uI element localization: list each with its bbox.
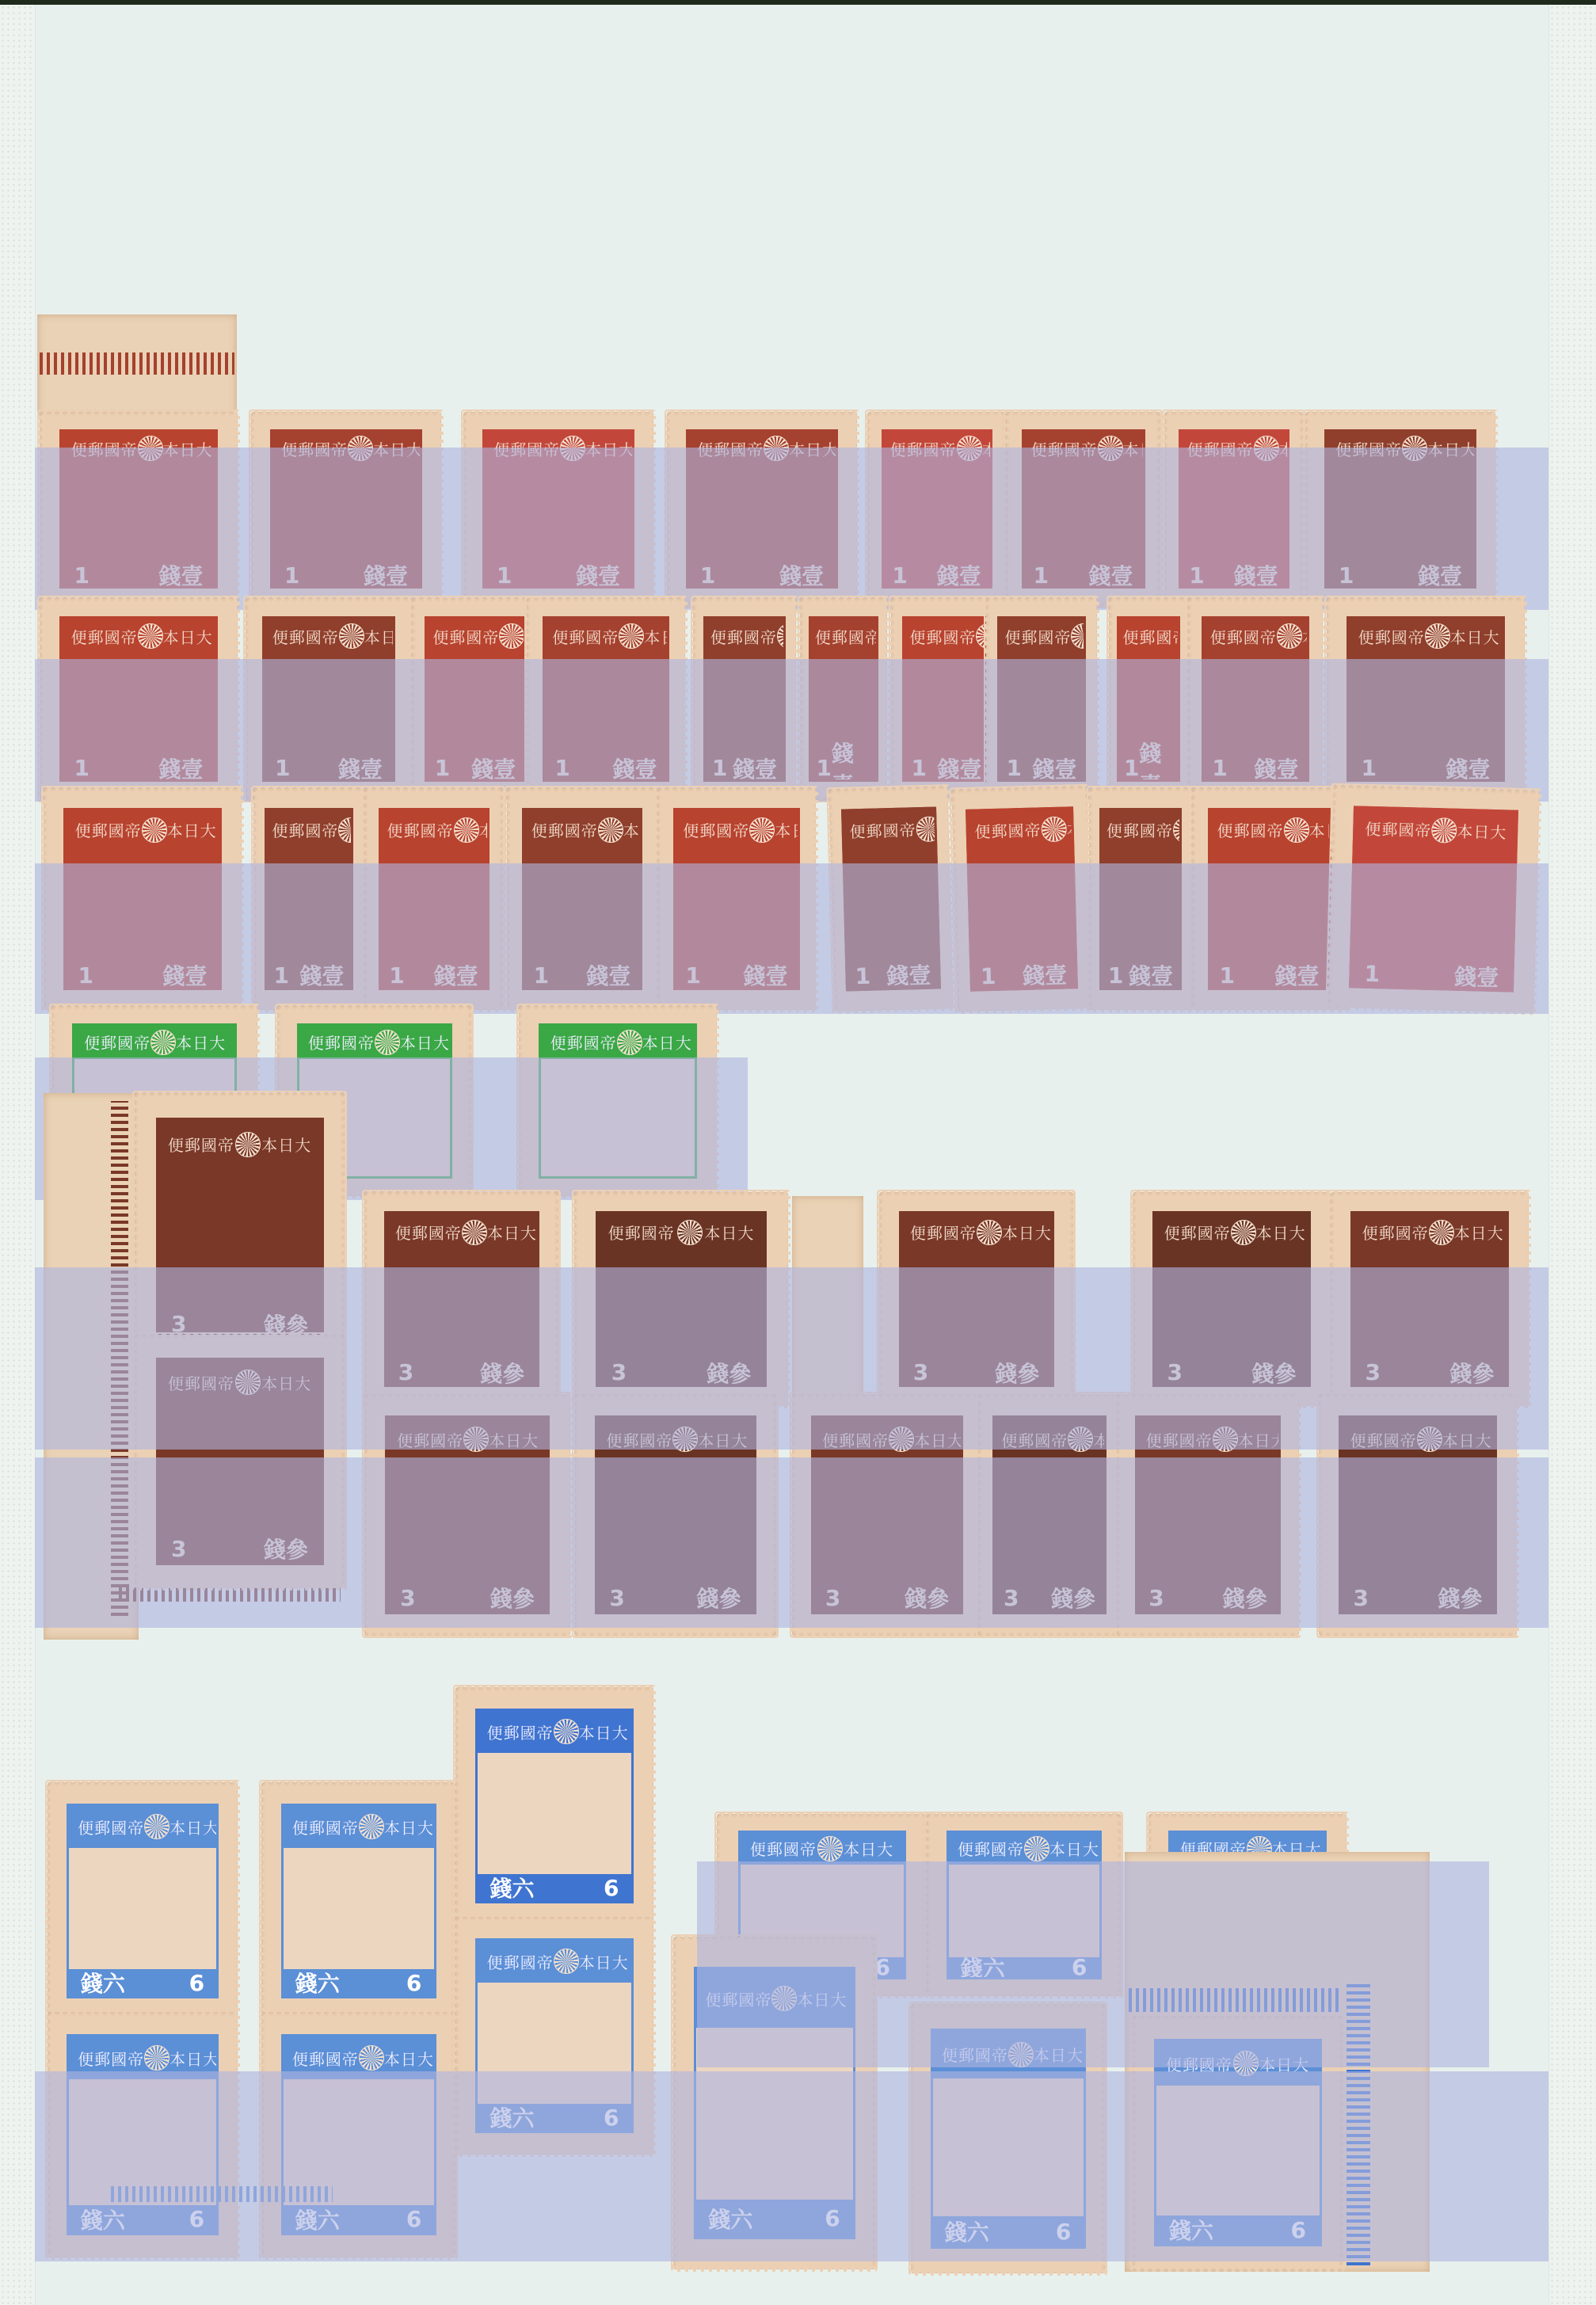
stamp-value: 1錢壹 (1204, 757, 1307, 779)
stamp-1-sen: 便郵國帝本日大1錢壹 (1192, 788, 1347, 1010)
stamp-value-numeral: 錢壹 (1088, 559, 1133, 589)
stamp-value: 3錢參 (813, 1584, 961, 1611)
stamp-header: 便郵國帝本日大 (284, 1806, 434, 1848)
stamp-header-right-text: 便郵國帝 (815, 625, 878, 648)
stamp-value-numeral: 錢壹 (1446, 752, 1490, 782)
stamp-header: 便郵國帝本日大 (387, 1213, 537, 1251)
stamp-header: 便郵國帝本日大 (933, 2031, 1084, 2078)
stamp-header: 便郵國帝本日大 (265, 619, 393, 654)
stamp-design: 便郵國帝本日大1錢壹 (703, 616, 786, 782)
stamp-1-sen: 便郵國帝本日大1錢壹 (40, 412, 238, 606)
stamp-value-kanji: 1 (1034, 562, 1049, 589)
stamp-value: 錢六6 (69, 2205, 216, 2233)
stamp-1-sen: 便郵國帝本日大1錢壹 (364, 788, 503, 1010)
stamp-value: 3錢參 (901, 1361, 1052, 1385)
chrysanthemum-crest-icon (1071, 623, 1086, 649)
stamp-header: 便郵國帝本日大 (545, 619, 667, 654)
stamp-1-sen: 便郵國帝本日大1錢壹 (828, 787, 953, 1012)
stamp-header: 便郵國帝本日大 (158, 1360, 322, 1404)
page-top-edge (0, 0, 1596, 5)
stamp-value: 1錢壹 (265, 757, 393, 779)
stamp-design: 便郵國帝本日大錢六6 (281, 2034, 436, 2235)
stamp-header-left-text: 本日大 (373, 437, 422, 460)
stamp-value-kanji: 3 (398, 1359, 413, 1385)
stamp-design: 便郵國帝本日大錢六6 (475, 1938, 634, 2133)
stamp-value-numeral: 錢參 (995, 1357, 1039, 1387)
stamp-value: 錢六6 (933, 2216, 1084, 2246)
stamp-header-right-text: 便郵國帝 (71, 625, 138, 648)
chrysanthemum-crest-icon (462, 1220, 487, 1245)
chrysanthemum-crest-icon (235, 1132, 261, 1157)
stamp-design: 便郵國帝本日大1錢壹 (1208, 808, 1331, 990)
stamp-header-left-text: 本日大 (914, 1428, 963, 1451)
stamp-value-numeral: 錢壹 (613, 752, 657, 782)
stamp-header: 便郵國帝本日大 (676, 810, 798, 849)
stamp-value-kanji: 1 (892, 562, 907, 589)
stamp-header-left-text: 本日大 (789, 437, 838, 460)
stamp-header: 便郵國帝本日大 (844, 810, 935, 851)
chrysanthemum-crest-icon (977, 1220, 1002, 1245)
stamp-value-numeral: 錢參 (697, 1582, 741, 1613)
stamp-1-sen: 便郵國帝本日大1錢壹 (1327, 598, 1525, 800)
stamp-value-kanji: 1 (1108, 962, 1123, 989)
stamp-header: 便郵國帝本日大 (485, 432, 632, 466)
stamp-design: 便郵國帝本日大1錢壹 (902, 616, 991, 782)
stamp-3-sen: 便郵國帝本日大3錢參 (879, 1192, 1073, 1406)
stamp-header-left-text: 本日大 (1457, 819, 1507, 844)
stamp-value-kanji: 1 (1364, 960, 1380, 986)
chrysanthemum-crest-icon (1233, 2051, 1259, 2076)
chrysanthemum-crest-icon (1024, 1836, 1049, 1861)
stamp-header: 便郵國帝本日大 (1155, 1213, 1308, 1251)
stamp-value: 1錢壹 (1210, 963, 1329, 988)
stamp-design: 便郵國帝本日大1錢壹 (59, 616, 218, 782)
stamp-1-sen: 便郵國帝本日大1錢壹 (40, 598, 238, 800)
stamp-value-kanji: 3 (1167, 1359, 1183, 1385)
stamp-header: 便郵國帝本日大 (284, 2036, 434, 2080)
stamp-header-right-text: 便郵國帝 (1210, 625, 1277, 648)
stamp-header-right-text: 便郵國帝 (1031, 437, 1098, 460)
stamp-header: 便郵國帝本日大 (74, 1026, 234, 1059)
chrysanthemum-crest-icon (619, 623, 644, 649)
stamp-design: 便郵國帝本日大1錢壹 (265, 808, 353, 990)
stamp-value: 1錢壹 (972, 962, 1076, 989)
stamp-value-kanji: 3 (1354, 1585, 1369, 1611)
stamp-value-numeral: 錢參 (1251, 1357, 1296, 1387)
stamp-header-left-text: 本日大 (1309, 818, 1331, 841)
stamp-1-sen: 便郵國帝本日大1錢壹 (693, 598, 796, 800)
stamp-design: 便郵國帝本日大1錢壹 (882, 429, 992, 589)
chrysanthemum-crest-icon (138, 623, 163, 649)
stamp-header: 便郵國帝本日大 (272, 432, 420, 466)
stamp-value-kanji: 1 (1362, 755, 1377, 781)
stamp-value-numeral: 6 (1072, 1954, 1087, 1979)
stamp-value-kanji: 1 (273, 962, 288, 989)
plate-margin-lines (111, 1101, 128, 1616)
stamp-value: 3錢參 (158, 1534, 322, 1563)
stamp-header-left-text: 本日大 (1302, 625, 1309, 648)
stamp-header-right-text: 便郵國帝 (1164, 1221, 1231, 1244)
stamp-header-left-text: 本日大 (384, 2047, 434, 2070)
chrysanthemum-crest-icon (359, 2045, 384, 2071)
stamp-value-kanji: 1 (1006, 755, 1021, 781)
stamp-1-sen: 便郵國帝本日大1錢壹 (800, 598, 887, 800)
stamp-header-right-text: 便郵國帝 (909, 625, 976, 648)
stamp-value-numeral: 錢壹 (1033, 752, 1077, 782)
stamp-header-right-text: 便郵國帝 (1362, 1221, 1429, 1244)
stamp-value-kanji: 1 (1220, 962, 1235, 989)
stamp-value-kanji: 錢六 (490, 1872, 535, 1903)
stamp-design: 便郵國帝本日大1錢壹 (425, 616, 526, 782)
stamp-header-left-text: 本日大 (704, 1221, 754, 1244)
stamp-header-right-text: 便郵國帝 (71, 437, 138, 460)
stamp-design: 便郵國帝本日大3錢參 (992, 1415, 1107, 1613)
stamp-value-numeral: 錢參 (490, 1582, 535, 1613)
stamp-design: 便郵國帝本日大1錢壹 (966, 806, 1078, 991)
stamp-header: 便郵國帝本日大 (598, 1213, 764, 1251)
chrysanthemum-crest-icon (749, 817, 775, 843)
stamp-6-sen: 便郵國帝本日大錢六6 (261, 2012, 455, 2257)
stamp-design: 便郵國帝本日大1錢壹 (673, 808, 800, 990)
chrysanthemum-crest-icon (1098, 436, 1123, 461)
stamp-value-kanji: 3 (1004, 1585, 1019, 1611)
stamp-header: 便郵國帝本日大 (706, 619, 783, 654)
stamp-1-sen: 便郵國帝本日大1錢壹 (986, 598, 1097, 800)
stamp-3-sen: 便郵國帝本日大3錢參 (135, 1335, 345, 1588)
chrysanthemum-crest-icon (1431, 817, 1457, 844)
stamp-value: 1錢壹 (62, 757, 215, 779)
stamp-value-numeral: 錢壹 (338, 752, 383, 782)
stamp-header-right-text: 便郵國帝 (606, 1428, 672, 1451)
chrysanthemum-crest-icon (454, 817, 479, 843)
stamp-value-numeral: 6 (604, 1875, 619, 1901)
stamp-header: 便郵國帝本日大 (688, 432, 836, 466)
stamp-header: 便郵國帝本日大 (267, 810, 351, 849)
stamp-design: 便郵國帝本日大1錢壹 (63, 808, 222, 990)
stamp-header-right-text: 便郵國帝 (608, 1221, 675, 1244)
stamp-value-kanji: 錢六 (295, 1967, 340, 1998)
stamp-value: 1錢壹 (676, 963, 798, 988)
stamp-value: 錢六6 (949, 1957, 1099, 1978)
stamp-value-numeral: 錢參 (1449, 1357, 1494, 1387)
stamp-header-right-text: 便郵國帝 (432, 625, 499, 648)
stamp-value-numeral: 錢壹 (471, 752, 516, 782)
stamp-header-right-text: 便郵國帝 (281, 437, 348, 460)
stamp-1-sen: 便郵國帝本日大1錢壹 (667, 412, 857, 606)
stamp-6-sen: 便郵國帝本日大錢六6 (48, 2012, 238, 2257)
stamp-value-numeral: 錢壹 (832, 737, 870, 782)
stamp-value-kanji: 1 (685, 962, 700, 989)
stamp-3-sen: 便郵國帝本日大3錢參 (978, 1394, 1121, 1636)
stamp-value-numeral: 錢壹 (162, 959, 207, 990)
stamp-header: 便郵國帝本日大 (813, 1418, 961, 1461)
stamp-header-right-text: 便郵國帝 (697, 437, 764, 460)
stamp-value-kanji: 3 (400, 1585, 415, 1611)
stamp-6-sen: 便郵國帝本日大錢六6 (1133, 2016, 1343, 2269)
stamp-3-sen: 便郵國帝本日大3錢參 (1319, 1394, 1517, 1636)
stamp-header-left-text: 本日大 (775, 818, 800, 841)
stamp-header: 便郵國帝本日大 (995, 1418, 1104, 1461)
stamp-1-sen: 便郵國帝本日大1錢壹 (527, 598, 685, 800)
stamp-header: 便郵國帝本日大 (158, 1120, 322, 1168)
stamp-value: 1錢壹 (1351, 961, 1512, 990)
stamp-header-right-text: 便郵國帝 (710, 625, 777, 648)
stamp-value: 錢六6 (478, 1874, 631, 1901)
plate-margin-lines (1347, 1980, 1370, 2265)
stamp-value-numeral: 錢壹 (158, 559, 203, 589)
stamp-header-right-text: 便郵國帝 (75, 818, 142, 841)
stamp-design: 便郵國帝本日大1錢壹 (841, 807, 941, 992)
stamp-value-kanji: 3 (825, 1585, 840, 1611)
stamp-header-left-text: 本日大 (698, 1428, 748, 1451)
chrysanthemum-crest-icon (348, 436, 373, 461)
plate-margin-lines (1129, 1988, 1343, 2012)
stamp-value-kanji: 3 (171, 1536, 186, 1562)
stamp-design: 便郵國帝本日大3錢參 (899, 1211, 1054, 1386)
stamp-design: 便郵國帝本日大3錢參 (1152, 1211, 1311, 1386)
stamp-value-numeral: 錢壹 (744, 959, 788, 990)
stamp-value-numeral: 錢壹 (937, 559, 981, 589)
stamp-design: 便郵國帝本日大1錢壹 (262, 616, 395, 782)
stamp-value: 錢六6 (696, 2200, 853, 2237)
stamp-1-sen: 便郵國帝本日大1錢壹 (867, 412, 1006, 606)
chrysanthemum-crest-icon (1417, 1427, 1442, 1452)
stamp-header: 便郵國帝本日大 (1355, 809, 1516, 852)
stamp-value: 3錢參 (598, 1361, 764, 1385)
stamp-header: 便郵國帝本日大 (66, 810, 219, 849)
stamp-value-kanji: 1 (1189, 562, 1204, 589)
stamp-header-right-text: 便郵國帝 (705, 1987, 771, 2010)
stamp-header: 便郵國帝本日大 (884, 432, 990, 466)
stamp-6-sen: 便郵國帝本日大錢六6 (48, 1782, 238, 2020)
stamp-design: 便郵國帝本日大1錢壹 (1179, 429, 1289, 589)
stamp-design: 便郵國帝本日大1錢壹 (686, 429, 838, 589)
stamp-header: 便郵國帝本日大 (478, 1711, 631, 1753)
chrysanthemum-crest-icon (1254, 436, 1279, 461)
chrysanthemum-crest-icon (554, 1719, 579, 1744)
stamp-value: 1錢壹 (1000, 757, 1084, 779)
stamp-value: 3錢參 (1155, 1361, 1308, 1385)
stamp-header: 便郵國帝本日大 (541, 1026, 695, 1059)
stamp-1-sen: 便郵國帝本日大1錢壹 (1109, 598, 1188, 800)
stamp-header-left-text: 本日大 (1442, 1428, 1492, 1451)
stamp-design: 便郵國帝本日大1錢壹 (522, 808, 642, 990)
stamp-value-kanji: 1 (74, 755, 90, 781)
stamp-value: 3錢參 (1353, 1361, 1506, 1385)
chrysanthemum-crest-icon (144, 1814, 170, 1839)
stamp-header: 便郵國帝本日大 (1210, 810, 1329, 849)
chrysanthemum-crest-icon (677, 1220, 703, 1245)
stamp-value-kanji: 3 (1366, 1359, 1381, 1385)
stamp-value: 1錢壹 (1349, 757, 1503, 779)
stamp-value-kanji: 1 (700, 562, 715, 589)
chrysanthemum-crest-icon (1425, 623, 1450, 649)
stamp-header-left-text: 本日大 (487, 1221, 537, 1244)
chrysanthemum-crest-icon (463, 1427, 489, 1452)
stamp-header-right-text: 便郵國帝 (1187, 437, 1254, 460)
stamp-value-numeral: 錢壹 (1023, 958, 1068, 991)
stamp-header-right-text: 便郵國帝 (1350, 1428, 1417, 1451)
chrysanthemum-crest-icon (598, 817, 623, 843)
stamp-header-right-text: 便郵國帝 (1358, 625, 1425, 648)
stamp-header: 便郵國帝本日大 (1204, 619, 1307, 654)
stamp-header-left-text: 本日大 (1093, 1428, 1107, 1451)
stamp-value-numeral: 錢參 (1438, 1582, 1482, 1613)
stamp-header-left-text: 本日大 (1066, 816, 1078, 840)
stamp-value: 1錢壹 (1024, 565, 1143, 586)
stamp-header: 便郵國帝本日大 (1024, 432, 1143, 466)
stamp-value: 3錢參 (387, 1361, 537, 1385)
stamp-3-sen: 便郵國帝本日大3錢參 (364, 1192, 558, 1406)
stamp-value-kanji: 1 (497, 562, 512, 589)
stamp-header-right-text: 便郵國帝 (942, 2043, 1008, 2066)
chrysanthemum-crest-icon (957, 436, 982, 461)
stamp-value: 錢六6 (478, 2104, 631, 2131)
stamp-1-sen: 便郵國帝本日大1錢壹 (251, 412, 441, 606)
stamp-header-right-text: 便郵國帝 (1107, 818, 1173, 841)
stamp-header-left-text: 本日大 (167, 818, 217, 841)
stamp-1-sen: 便郵國帝本日大1錢壹 (412, 598, 539, 800)
stamp-header-right-text: 便郵國帝 (292, 1815, 359, 1838)
chrysanthemum-crest-icon (1231, 1220, 1256, 1245)
stamp-header: 便郵國帝本日大 (741, 1833, 904, 1865)
stamp-header: 便郵國帝本日大 (381, 810, 487, 849)
stamp-3-sen: 便郵國帝本日大3錢參 (364, 1394, 570, 1636)
stamp-header-left-text: 本日大 (479, 818, 489, 841)
stamp-value-numeral: 錢壹 (886, 958, 931, 991)
stamp-header-right-text: 便郵國帝 (395, 1221, 462, 1244)
stamp-header-left-text: 本日大 (1450, 625, 1500, 648)
stamp-design: 便郵國帝本日大1錢壹 (59, 429, 218, 589)
stamp-value-numeral: 錢壹 (779, 559, 824, 589)
stamp-header-right-text: 便郵國帝 (272, 625, 339, 648)
stamp-2-sen: 便郵國帝本日大 (519, 1006, 717, 1196)
stamp-value: 錢六6 (1156, 2215, 1320, 2244)
chrysanthemum-crest-icon (1041, 816, 1067, 842)
stamp-value: 1錢壹 (905, 757, 988, 779)
stamp-value: 1錢壹 (524, 963, 640, 988)
chrysanthemum-crest-icon (499, 623, 524, 649)
stamp-header: 便郵國帝本日大 (69, 1806, 216, 1848)
stamp-design: 便郵國帝本日大1錢壹 (482, 429, 634, 589)
stamp-header: 便郵國帝本日大 (299, 1026, 450, 1059)
stamp-1-sen: 便郵國帝本日大1錢壹 (246, 598, 412, 800)
stamp-header: 便郵國帝本日大 (427, 619, 524, 654)
stamp-design: 便郵國帝本日大1錢壹 (809, 616, 878, 782)
stamp-3-sen: 便郵國帝本日大3錢參 (135, 1093, 345, 1366)
stamp-header-right-text: 便郵國帝 (552, 625, 619, 648)
stamp-value: 1錢壹 (272, 565, 420, 586)
stamp-value-numeral: 錢參 (905, 1582, 949, 1613)
stamp-value-numeral: 6 (189, 1970, 204, 1996)
stamp-value-kanji: 1 (435, 755, 450, 781)
stamp-value: 1錢壹 (545, 757, 667, 779)
stamp-value-numeral: 錢參 (1223, 1582, 1267, 1613)
stamp-header-left-text: 本日大 (579, 1950, 629, 1973)
stamp-header: 便郵國帝本日大 (69, 2036, 216, 2080)
chrysanthemum-crest-icon (1402, 436, 1427, 461)
stamp-value-numeral: 錢壹 (733, 752, 777, 782)
stamp-header-right-text: 便郵國帝 (78, 1815, 144, 1838)
stamp-6-sen: 便郵國帝本日大錢六6 (261, 1782, 455, 2020)
chrysanthemum-crest-icon (1277, 623, 1302, 649)
stamp-value: 1錢壹 (811, 757, 876, 779)
stamp-header: 便郵國帝本日大 (1181, 432, 1287, 466)
chrysanthemum-crest-icon (771, 1986, 797, 2011)
stamp-header: 便郵國帝本日大 (1156, 2041, 1320, 2086)
stamp-design: 便郵國帝本日大1錢壹 (1347, 616, 1505, 782)
stamp-3-sen: 便郵國帝本日大3錢參 (1331, 1192, 1529, 1406)
stamp-value: 1錢壹 (62, 565, 215, 586)
chrysanthemum-crest-icon (150, 1030, 176, 1055)
stamp-design: 便郵國帝本日大錢六6 (475, 1709, 634, 1903)
stamp-header: 便郵國帝本日大 (524, 810, 640, 849)
stamp-value-numeral: 錢壹 (1129, 959, 1173, 990)
stamp-value-kanji: 3 (609, 1585, 624, 1611)
stamp-header-right-text: 便郵國帝 (487, 1720, 554, 1743)
stamp-value-numeral: 錢壹 (300, 959, 345, 990)
stamp-value-kanji: 1 (980, 963, 996, 989)
stamp-header-left-text: 本日大 (170, 2047, 219, 2070)
stamp-design: 便郵國帝本日大1錢壹 (1324, 429, 1476, 589)
stamp-design: 便郵國帝本日大1錢壹 (1349, 806, 1518, 992)
stamp-header-right-text: 便郵國帝 (387, 818, 454, 841)
stamp-header: 便郵國帝本日大 (1353, 1213, 1506, 1251)
stamp-header: 便郵國帝本日大 (1137, 1418, 1278, 1461)
stamp-value-kanji: 3 (611, 1359, 627, 1385)
chrysanthemum-crest-icon (339, 623, 364, 649)
stamp-header-right-text: 便郵國帝 (493, 437, 560, 460)
stamp-value-numeral: 錢參 (1051, 1582, 1095, 1613)
chrysanthemum-crest-icon (138, 436, 163, 461)
stamp-header-left-text: 本日大 (1259, 2052, 1309, 2075)
stamp-6-sen: 便郵國帝本日大錢六6 (455, 1917, 653, 2155)
stamp-value-kanji: 錢六 (708, 2203, 752, 2235)
stamp-header-left-text: 本日大 (400, 1031, 450, 1053)
stamp-value-kanji: 1 (712, 755, 727, 781)
chrysanthemum-crest-icon (235, 1370, 261, 1395)
stamp-value-numeral: 錢壹 (586, 959, 630, 990)
stamp-value-numeral: 錢壹 (1274, 959, 1319, 990)
stamp-1-sen: 便郵國帝本日大1錢壹 (657, 788, 816, 1010)
chrysanthemum-crest-icon (1008, 2042, 1034, 2067)
stamp-value-numeral: 6 (604, 2105, 619, 2131)
stamp-header-right-text: 便郵國帝 (308, 1031, 375, 1053)
stamp-value: 1錢壹 (706, 757, 783, 779)
stamp-header-left-text: 本日大 (585, 437, 634, 460)
stamp-design: 便郵國帝本日大3錢參 (811, 1415, 963, 1613)
stamp-design: 便郵國帝本日大錢六6 (1154, 2039, 1322, 2246)
stamp-header-left-text: 本日大 (1034, 2043, 1084, 2066)
stamp-value-numeral: 錢壹 (1234, 559, 1278, 589)
stamp-design: 便郵國帝本日大3錢參 (1350, 1211, 1509, 1386)
stamp-header-right-text: 便郵國帝 (78, 2047, 144, 2070)
stamp-header-left-text: 本日大 (1049, 1837, 1099, 1860)
stamp-value: 1錢壹 (427, 757, 524, 779)
stamp-header: 便郵國帝本日大 (949, 1833, 1099, 1865)
stamp-value-kanji: 錢六 (1169, 2214, 1213, 2246)
chrysanthemum-crest-icon (1173, 817, 1182, 843)
stamp-design: 便郵國帝本日大1錢壹 (1117, 616, 1180, 782)
stamp-value: 3錢參 (1137, 1584, 1278, 1611)
stamp-3-sen: 便郵國帝本日大3錢參 (792, 1394, 982, 1636)
stamp-header-left-text: 本日大 (844, 1837, 893, 1860)
stamp-header: 便郵國帝本日大 (968, 810, 1072, 852)
stamp-3-sen: 便郵國帝本日大3錢參 (574, 1192, 788, 1406)
stamp-header: 便郵國帝本日大 (811, 619, 876, 654)
stamp-header: 便郵國帝本日大 (1000, 619, 1084, 654)
right-sheet-margin (792, 1196, 863, 1402)
